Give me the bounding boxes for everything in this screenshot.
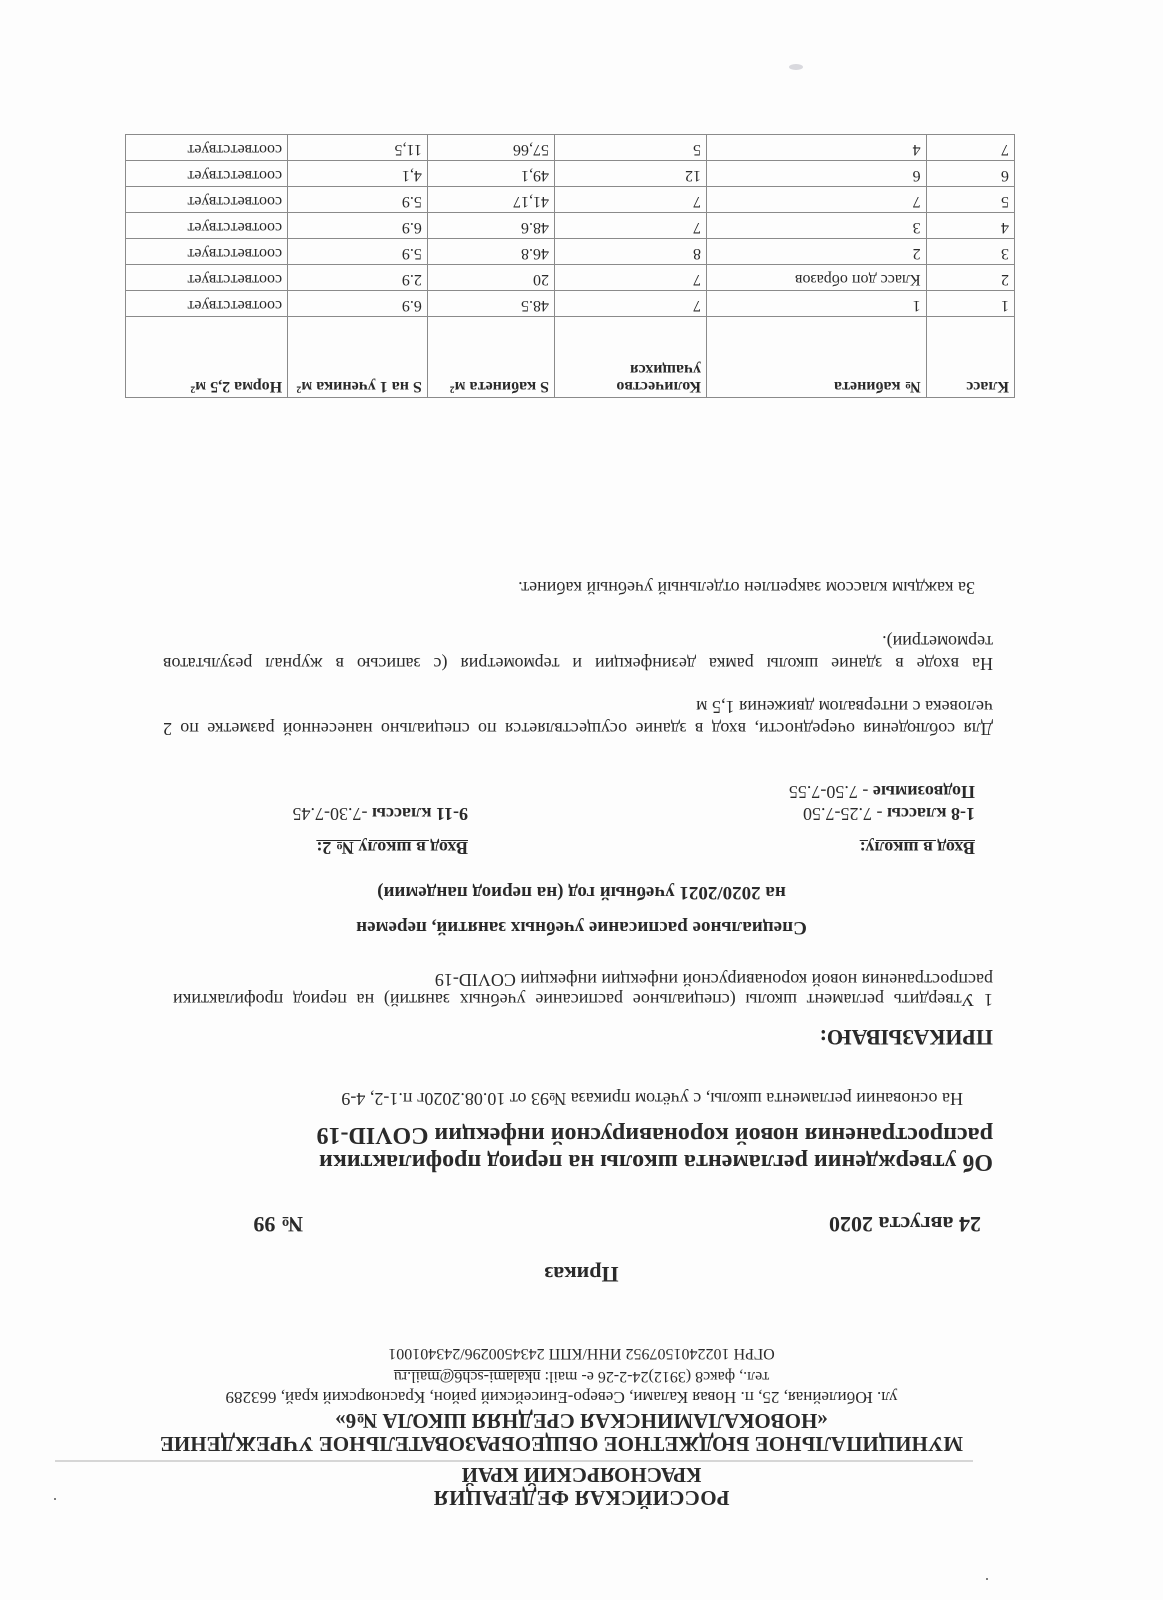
note-entrance: На входе в здание школы рамка дезинфекци… <box>163 631 993 675</box>
table-row: 32846.85.9соответствует <box>126 239 1015 265</box>
classroom-area-table: Класс № кабинета Количество учащихся S к… <box>125 134 1015 398</box>
letterhead-contact: тел., факс8 (3912)24-2-26 е- mail: nkala… <box>0 1366 1163 1386</box>
letterhead-divider <box>55 1460 973 1462</box>
table-cell-count: 8 <box>555 239 707 265</box>
table-row: 74557,6611,5соответствует <box>126 135 1015 161</box>
table-cell-norm: соответствует <box>126 239 288 265</box>
col-header-class: Класс <box>926 317 1014 398</box>
table-cell-count: 5 <box>555 135 707 161</box>
entrance-2-line: 9-11 классы -7.30-7.45 <box>292 803 468 824</box>
table-body: 11748.56.9соответствует2Класс доп образо… <box>126 135 1015 317</box>
table-cell-per-student: 6.9 <box>288 213 428 239</box>
table-cell-klass: 3 <box>926 239 1014 265</box>
entrance-time: - 7.50-7.55 <box>789 782 873 802</box>
table-cell-norm: соответствует <box>126 265 288 291</box>
letterhead-address: ул. Юбилейная, 25, п. Новая Калами, Севе… <box>0 1387 1123 1407</box>
order-basis: На основании регламента школы, с учётом … <box>341 1088 963 1110</box>
note-queue: Для соблюдения очередности, вход в здани… <box>163 696 993 740</box>
table-cell-per-student: 4,1 <box>288 161 428 187</box>
entrance-group-label: 9-11 классы <box>372 804 468 824</box>
table-cell-count: 7 <box>555 213 707 239</box>
scanned-document-page: РОССИЙСКАЯ ФЕДЕРАЦИЯ КРАСНОЯРСКИЙ КРАЙ М… <box>0 0 1163 1600</box>
entrance-1-line: 1-8 классы - 7.25-7.50 <box>803 803 975 824</box>
table-cell-cabinet: 3 <box>707 213 927 239</box>
schedule-subtitle: на 2020/2021 учебный год (на период панд… <box>0 881 1163 903</box>
col-header-cabinet: № кабинета <box>707 317 927 398</box>
table-cell-klass: 2 <box>926 265 1014 291</box>
table-cell-cabinet: 4 <box>707 135 927 161</box>
table-cell-per-student: 5.9 <box>288 187 428 213</box>
entrance-2-heading: Вход в школу № 2: <box>316 837 468 858</box>
table-cell-area: 49,1 <box>427 161 554 187</box>
col-header-count: Количество учащихся <box>555 317 707 398</box>
table-cell-norm: соответствует <box>126 161 288 187</box>
table-cell-area: 48.6 <box>427 213 554 239</box>
letterhead-country: РОССИЙСКАЯ ФЕДЕРАЦИЯ <box>0 1487 1163 1509</box>
table-cell-area: 57,66 <box>427 135 554 161</box>
table-row: 43748.66.9соответствует <box>126 213 1015 239</box>
contact-phone: тел., факс8 (3912)24-2-26 е- mail: <box>541 1368 770 1385</box>
table-cell-norm: соответствует <box>126 135 288 161</box>
table-cell-count: 12 <box>555 161 707 187</box>
order-decree: ПРИКАЗЫВАЮ: <box>820 1024 993 1050</box>
table-row: 661249,14,1соответствует <box>126 161 1015 187</box>
table-cell-norm: соответствует <box>126 187 288 213</box>
table-cell-count: 7 <box>555 291 707 317</box>
note-cabinet: За каждым классом закреплен отдельный уч… <box>518 577 975 598</box>
entrance-group-label: Подвозимые <box>873 782 975 802</box>
col-header-area: S кабинета м² <box>427 317 554 398</box>
table-cell-cabinet: 6 <box>707 161 927 187</box>
entrance-1-line: Подвозимые - 7.50-7.55 <box>789 781 975 802</box>
table-cell-per-student: 11,5 <box>288 135 428 161</box>
letterhead-registration: ОГРН 1022401507952 ИНН/КПП 2434500296/24… <box>0 1343 1163 1363</box>
table-cell-klass: 5 <box>926 187 1014 213</box>
table-cell-cabinet: Класс доп образов <box>707 265 927 291</box>
table-cell-count: 7 <box>555 187 707 213</box>
entrance-1-heading: Вход в школу: <box>860 837 975 858</box>
entrance-group-label: 1-8 классы <box>887 804 975 824</box>
contact-email-link[interactable]: nkalami-sch6@mail.ru <box>394 1368 541 1385</box>
table-row: 11748.56.9соответствует <box>126 291 1015 317</box>
table-cell-per-student: 5.9 <box>288 239 428 265</box>
table-cell-klass: 6 <box>926 161 1014 187</box>
scan-speck <box>789 64 803 70</box>
col-header-norm: Норма 2,5 м² <box>126 317 288 398</box>
order-number: № 99 <box>253 1211 303 1237</box>
scan-dot <box>54 1498 56 1500</box>
table-cell-count: 7 <box>555 265 707 291</box>
entrance-time: -7.30-7.45 <box>292 804 372 824</box>
letterhead-school-name: «НОВОКАЛАМИНСКАЯ СРЕДНЯЯ ШКОЛА №6» <box>0 1410 1163 1432</box>
table-cell-klass: 1 <box>926 291 1014 317</box>
order-item-1: 1 Утвердить регламент школы (специальное… <box>173 970 993 1010</box>
table-cell-per-student: 6.9 <box>288 291 428 317</box>
table-row: 57741,175.9соответствует <box>126 187 1015 213</box>
table-cell-norm: соответствует <box>126 213 288 239</box>
table-cell-cabinet: 2 <box>707 239 927 265</box>
table-cell-cabinet: 7 <box>707 187 927 213</box>
letterhead-region: КРАСНОЯРСКИЙ КРАЙ <box>0 1464 1163 1486</box>
table-cell-norm: соответствует <box>126 291 288 317</box>
table-cell-area: 46.8 <box>427 239 554 265</box>
table-cell-area: 20 <box>427 265 554 291</box>
table-cell-area: 48.5 <box>427 291 554 317</box>
table-cell-cabinet: 1 <box>707 291 927 317</box>
table-header-row: Класс № кабинета Количество учащихся S к… <box>126 317 1015 398</box>
letterhead-institution: МУНИЦИПАЛЬНОЕ БЮДЖЕТНОЕ ОБЩЕОБРАЗОВАТЕЛЬ… <box>0 1433 1123 1455</box>
schedule-title: Специальное расписание учебных занятий, … <box>0 916 1163 938</box>
table-cell-per-student: 2.9 <box>288 265 428 291</box>
order-date: 24 августа 2020 <box>829 1211 981 1237</box>
order-subject: Об утверждении регламента школы на перио… <box>163 1121 993 1175</box>
entrance-time: - 7.25-7.50 <box>803 804 887 824</box>
scan-dot <box>986 1578 988 1580</box>
order-title: Приказ <box>0 1261 1163 1287</box>
table-cell-klass: 7 <box>926 135 1014 161</box>
table-cell-area: 41,17 <box>427 187 554 213</box>
table-row: 2Класс доп образов7202.9соответствует <box>126 265 1015 291</box>
col-header-area-per-student: S на 1 ученика м² <box>288 317 428 398</box>
table-cell-klass: 4 <box>926 213 1014 239</box>
